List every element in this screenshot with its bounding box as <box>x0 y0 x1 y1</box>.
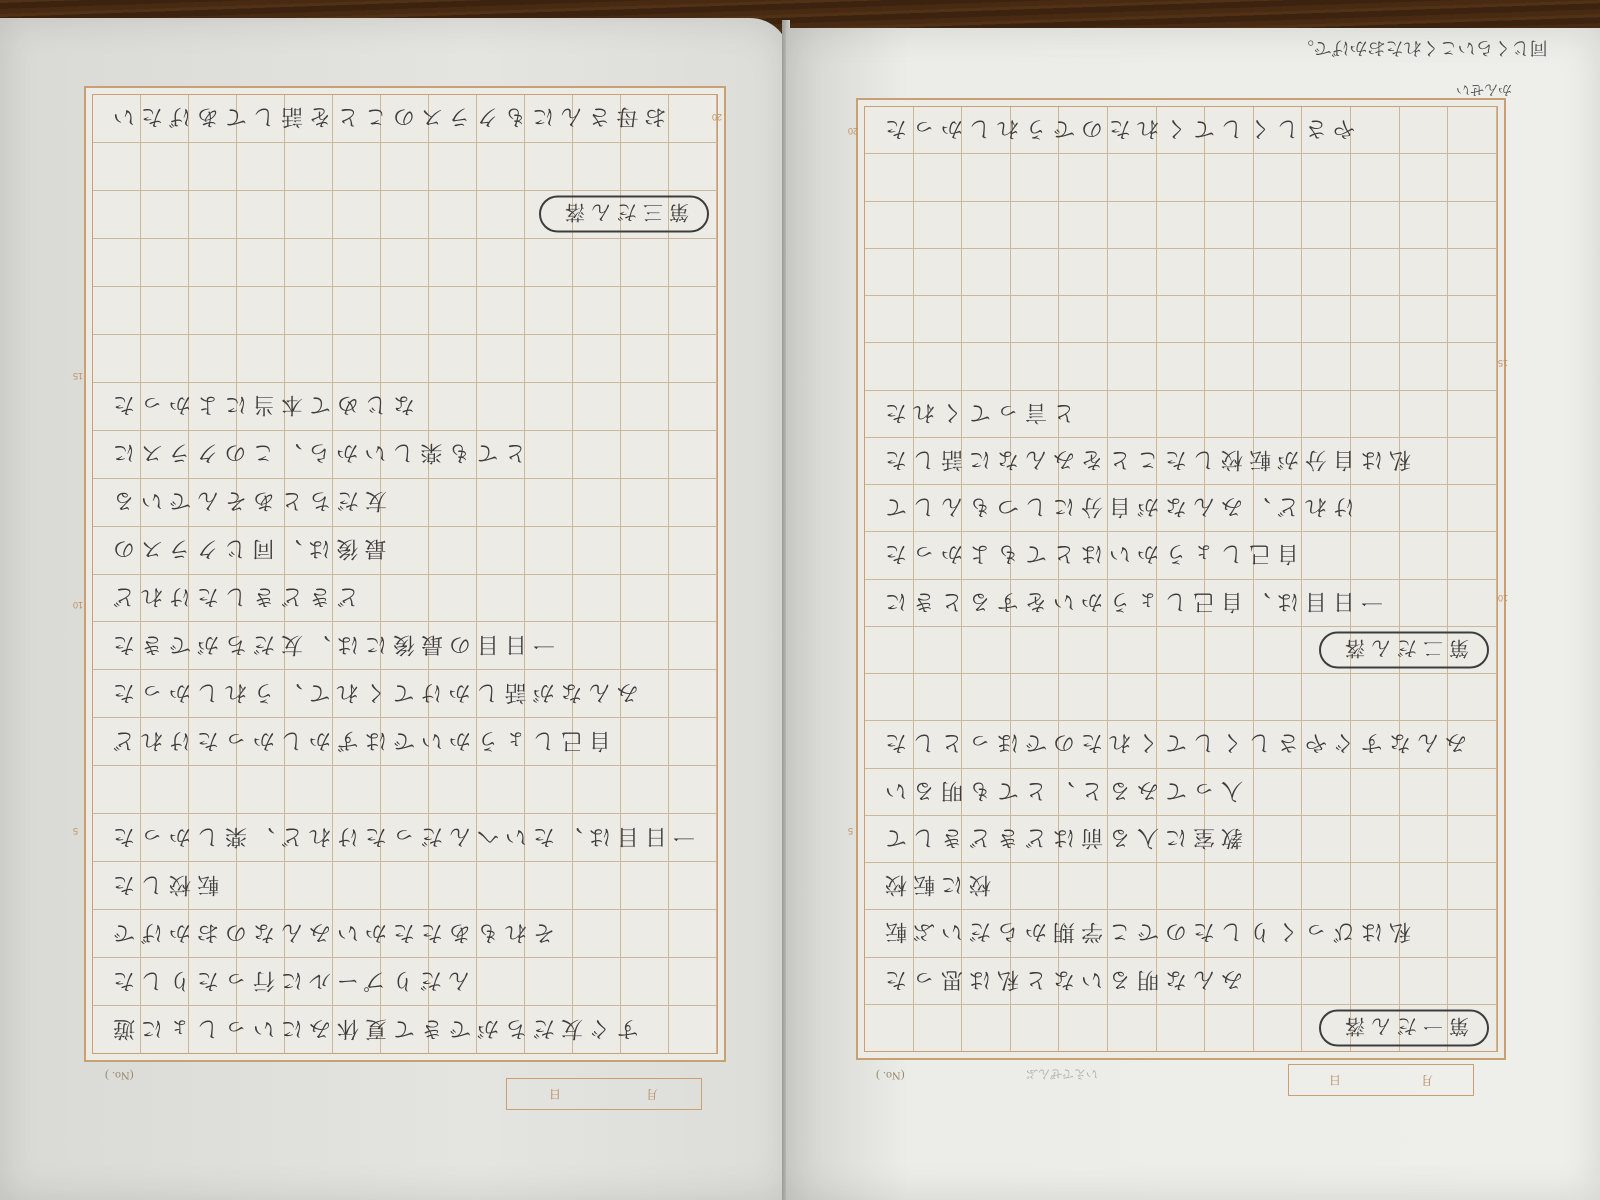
grid-cell <box>1302 154 1351 200</box>
grid-cell <box>189 335 237 382</box>
manuscript-row: みんな明るいなと私は思った <box>865 958 1497 1005</box>
manuscript-row <box>93 239 717 287</box>
grid-cell <box>237 239 285 286</box>
manuscript-row: 私はびっくりしたのでこ学期からだいぶ転 <box>865 910 1497 957</box>
grid-cell <box>1400 674 1449 720</box>
grid-cell <box>1205 627 1254 673</box>
grid-cell <box>1400 296 1449 342</box>
manuscript-row: お母さんにもクラスのことを話してあげたい <box>93 95 717 143</box>
grid-cell <box>285 287 333 334</box>
grid-cell <box>477 191 525 238</box>
grid-cell <box>669 143 717 190</box>
grid-cell <box>1108 674 1157 720</box>
manuscript-row: 一日目は、たいへんだったけれど、楽しかった <box>93 814 717 862</box>
grid-cell <box>93 766 141 813</box>
handwritten-line: お母さんにもクラスのことを話してあげたい <box>93 103 717 134</box>
grid-cell <box>962 1005 1011 1051</box>
manuscript-row: 第三だん落 <box>93 191 717 239</box>
grid-cell <box>962 249 1011 295</box>
grid-cell <box>1157 154 1206 200</box>
handwritten-line: と言ってくれた <box>865 398 1497 429</box>
grid-cell <box>1302 202 1351 248</box>
grid-cell <box>865 202 914 248</box>
handwritten-line: どきどきしたけれど <box>93 583 717 614</box>
manuscript-row <box>93 143 717 191</box>
handwritten-line: 一日目の最後には、友だちができた <box>93 630 717 661</box>
grid-cell <box>429 287 477 334</box>
manuscript-row: みんなすぐやさしくしてくれたのでほっとした <box>865 721 1497 768</box>
grid-cell <box>1011 249 1060 295</box>
grid-cell <box>525 143 573 190</box>
grid-cell <box>1108 1005 1157 1051</box>
grid-cell <box>237 287 285 334</box>
grid-cell <box>1108 154 1157 200</box>
grid-cell <box>1302 296 1351 342</box>
grid-cell <box>962 674 1011 720</box>
grid-cell <box>1302 343 1351 389</box>
grid-cell <box>1205 249 1254 295</box>
grid-cell <box>621 766 669 813</box>
grid-cell <box>1011 674 1060 720</box>
grid-cell <box>1157 249 1206 295</box>
manuscript-row: 自己しょうかいではずかしかったけれど <box>93 718 717 766</box>
left-page-grid: お母さんにもクラスのことを話してあげたい第三だん落なじめて本当によかったとても楽… <box>92 94 718 1054</box>
grid-cell <box>1254 627 1303 673</box>
grid-cell <box>141 766 189 813</box>
manuscript-row <box>865 296 1497 343</box>
manuscript-row: 一日目の最後には、友だちができた <box>93 622 717 670</box>
grid-cell <box>1448 154 1497 200</box>
grid-cell <box>1059 249 1108 295</box>
grid-cell <box>285 766 333 813</box>
grid-cell <box>381 143 429 190</box>
grid-cell <box>914 249 963 295</box>
grid-cell <box>1351 202 1400 248</box>
grid-cell <box>621 239 669 286</box>
grid-cell <box>914 154 963 200</box>
handwritten-line: みんなが話しかけてくれて、うれしかった <box>93 678 717 709</box>
grid-cell <box>237 335 285 382</box>
grid-cell <box>962 627 1011 673</box>
grid-cell <box>93 191 141 238</box>
right-page-grid-frame: やさしくしてくれたのでうれしかったと言ってくれた私は自分が転校したことをみんなに… <box>856 98 1506 1060</box>
grid-cell <box>189 191 237 238</box>
handwritten-line: 自己しょうかいはとてもよかった <box>865 540 1497 571</box>
handwritten-line: とても楽しいから、このクラスに <box>93 439 717 470</box>
grid-cell <box>1351 296 1400 342</box>
handwritten-line: けれど、みんなが自分にしつもんして <box>865 493 1497 524</box>
manuscript-row: 教室に入る前はどきどきして <box>865 816 1497 863</box>
manuscript-row: 第二だん落 <box>865 627 1497 674</box>
grid-cell <box>914 627 963 673</box>
grid-cell <box>865 627 914 673</box>
handwritten-line: それもあたたかいみんなのおかげで <box>93 918 717 949</box>
grid-cell <box>573 335 621 382</box>
grid-cell <box>1108 249 1157 295</box>
grid-cell <box>237 766 285 813</box>
manuscript-row <box>865 202 1497 249</box>
manuscript-row: 校に転校 <box>865 863 1497 910</box>
grid-cell <box>1351 674 1400 720</box>
grid-cell <box>1011 343 1060 389</box>
handwritten-line: 一日目は、たいへんだったけれど、楽しかった <box>93 822 717 853</box>
manuscript-row: やさしくしてくれたのでうれしかった <box>865 107 1497 154</box>
grid-cell <box>669 335 717 382</box>
grid-cell <box>1059 202 1108 248</box>
grid-cell <box>237 143 285 190</box>
manuscript-row <box>865 674 1497 721</box>
line-number: 10 <box>73 600 83 610</box>
grid-cell <box>1302 674 1351 720</box>
grid-cell <box>1011 296 1060 342</box>
grid-cell <box>669 766 717 813</box>
grid-cell <box>189 766 237 813</box>
grid-cell <box>141 143 189 190</box>
grid-cell <box>381 287 429 334</box>
grid-cell <box>573 766 621 813</box>
grid-cell <box>669 239 717 286</box>
line-number: 15 <box>1498 358 1508 368</box>
handwritten-line: んだりプールに行ったりした <box>93 966 717 997</box>
grid-cell <box>1448 296 1497 342</box>
grid-cell <box>1157 343 1206 389</box>
grid-cell <box>1351 249 1400 295</box>
handwritten-line: 友だちとあそんでいる <box>93 487 717 518</box>
grid-cell <box>1400 249 1449 295</box>
grid-cell <box>1157 296 1206 342</box>
grid-cell <box>914 674 963 720</box>
grid-cell <box>285 239 333 286</box>
grid-cell <box>1254 1005 1303 1051</box>
handwritten-line: 最後は、同じクラスの <box>93 535 717 566</box>
grid-cell <box>1351 154 1400 200</box>
grid-cell <box>865 1005 914 1051</box>
right-page-grid: やさしくしてくれたのでうれしかったと言ってくれた私は自分が転校したことをみんなに… <box>864 106 1498 1052</box>
grid-cell <box>914 202 963 248</box>
grid-cell <box>1254 202 1303 248</box>
teacher-note: 同じくらいこくれたおかげで。 <box>1296 36 1548 62</box>
line-number: 20 <box>712 112 722 122</box>
grid-cell <box>333 766 381 813</box>
pencil-caption: いえでぜんぶ <box>1026 1066 1098 1083</box>
grid-cell <box>1254 296 1303 342</box>
right-page: 同じくらいこくれたおかげで。 かんせい やさしくしてくれたのでうれしかったと言っ… <box>786 28 1600 1200</box>
grid-cell <box>93 239 141 286</box>
grid-cell <box>333 239 381 286</box>
line-number: 5 <box>73 826 78 836</box>
grid-cell <box>93 335 141 382</box>
grid-cell <box>962 154 1011 200</box>
page-number-label: (No. ) <box>876 1068 905 1083</box>
grid-cell <box>381 766 429 813</box>
grid-cell <box>865 674 914 720</box>
handwritten-line: なじめて本当によかった <box>93 391 717 422</box>
handwritten-line: やさしくしてくれたのでうれしかった <box>865 115 1497 146</box>
grid-cell <box>93 143 141 190</box>
grid-cell <box>429 191 477 238</box>
grid-cell <box>1011 202 1060 248</box>
grid-cell <box>1205 296 1254 342</box>
grid-cell <box>621 287 669 334</box>
grid-cell <box>1205 343 1254 389</box>
handwritten-line: 教室に入る前はどきどきして <box>865 823 1497 854</box>
line-number: 10 <box>1498 593 1508 603</box>
grid-cell <box>525 239 573 286</box>
left-page: お母さんにもクラスのことを話してあげたい第三だん落なじめて本当によかったとても楽… <box>0 18 790 1200</box>
grid-cell <box>477 143 525 190</box>
grid-cell <box>477 335 525 382</box>
manuscript-row: 友だちとあそんでいる <box>93 479 717 527</box>
grid-cell <box>962 202 1011 248</box>
grid-cell <box>525 287 573 334</box>
grid-cell <box>381 335 429 382</box>
grid-cell <box>333 143 381 190</box>
grid-cell <box>669 287 717 334</box>
day-label: 日 <box>1329 1072 1341 1089</box>
grid-cell <box>1448 202 1497 248</box>
grid-cell <box>429 766 477 813</box>
grid-cell <box>189 143 237 190</box>
grid-cell <box>1059 627 1108 673</box>
handwritten-line: 私はびっくりしたのでこ学期からだいぶ転 <box>865 918 1497 949</box>
manuscript-row: 自己しょうかいはとてもよかった <box>865 532 1497 579</box>
grid-cell <box>1011 627 1060 673</box>
handwritten-line: 転校した <box>93 870 717 901</box>
manuscript-row: 転校した <box>93 862 717 910</box>
manuscript-row: 第一だん落 <box>865 1005 1497 1051</box>
manuscript-row <box>93 766 717 814</box>
handwritten-line: みんなすぐやさしくしてくれたのでほっとした <box>865 729 1497 760</box>
grid-cell <box>141 191 189 238</box>
grid-cell <box>1108 202 1157 248</box>
handwritten-line: 自己しょうかいではずかしかったけれど <box>93 726 717 757</box>
grid-cell <box>1254 249 1303 295</box>
grid-cell <box>333 287 381 334</box>
date-box: 日 月 <box>506 1078 702 1110</box>
grid-cell <box>1059 296 1108 342</box>
grid-cell <box>1205 1005 1254 1051</box>
grid-cell <box>914 1005 963 1051</box>
grid-cell <box>1448 249 1497 295</box>
grid-cell <box>865 154 914 200</box>
grid-cell <box>1254 154 1303 200</box>
grid-cell <box>1108 296 1157 342</box>
paragraph-heading: 第一だん落 <box>1319 1009 1489 1046</box>
manuscript-row: それもあたたかいみんなのおかげで <box>93 910 717 958</box>
grid-cell <box>1157 674 1206 720</box>
line-number: 15 <box>73 371 83 381</box>
grid-cell <box>914 343 963 389</box>
grid-cell <box>573 287 621 334</box>
grid-cell <box>914 296 963 342</box>
grid-cell <box>477 287 525 334</box>
handwritten-line: 私は自分が転校したことをみんなに話した <box>865 445 1497 476</box>
grid-cell <box>93 287 141 334</box>
grid-cell <box>333 335 381 382</box>
grid-cell <box>237 191 285 238</box>
manuscript-row: 最後は、同じクラスの <box>93 527 717 575</box>
manuscript-row <box>93 335 717 383</box>
grid-cell <box>1448 674 1497 720</box>
manuscript-row: すぐ友だちができて夏休みにいっしょに遊 <box>93 1006 717 1053</box>
grid-cell <box>525 335 573 382</box>
month-label: 月 <box>646 1086 658 1103</box>
grid-cell <box>962 296 1011 342</box>
handwritten-line: すぐ友だちができて夏休みにいっしょに遊 <box>93 1014 717 1045</box>
grid-cell <box>1351 343 1400 389</box>
grid-cell <box>141 335 189 382</box>
day-label: 日 <box>549 1086 561 1103</box>
manuscript-row: 一日目は、自己しょうかいをするときに <box>865 580 1497 627</box>
grid-cell <box>865 249 914 295</box>
grid-cell <box>1254 674 1303 720</box>
grid-cell <box>1302 249 1351 295</box>
handwritten-line: みんな明るいなと私は思った <box>865 965 1497 996</box>
line-number: 5 <box>848 826 853 836</box>
grid-cell <box>1205 154 1254 200</box>
grid-cell <box>1157 627 1206 673</box>
paragraph-heading: 第二だん落 <box>1319 631 1489 668</box>
month-label: 月 <box>1421 1072 1433 1089</box>
grid-cell <box>189 287 237 334</box>
grid-cell <box>1400 154 1449 200</box>
grid-cell <box>1108 343 1157 389</box>
grid-cell <box>1205 674 1254 720</box>
line-number: 20 <box>848 126 858 136</box>
manuscript-row <box>865 343 1497 390</box>
manuscript-row: 私は自分が転校したことをみんなに話した <box>865 438 1497 485</box>
grid-cell <box>1059 154 1108 200</box>
manuscript-row: どきどきしたけれど <box>93 575 717 623</box>
grid-cell <box>1059 1005 1108 1051</box>
grid-cell <box>285 191 333 238</box>
manuscript-row: んだりプールに行ったりした <box>93 958 717 1006</box>
grid-cell <box>1157 202 1206 248</box>
grid-cell <box>381 239 429 286</box>
manuscript-row: とても楽しいから、このクラスに <box>93 431 717 479</box>
grid-cell <box>525 766 573 813</box>
grid-cell <box>333 191 381 238</box>
grid-cell <box>1157 1005 1206 1051</box>
notebook: お母さんにもクラスのことを話してあげたい第三だん落なじめて本当によかったとても楽… <box>0 0 1600 1200</box>
grid-cell <box>865 296 914 342</box>
grid-cell <box>429 335 477 382</box>
grid-cell <box>285 143 333 190</box>
grid-cell <box>141 287 189 334</box>
handwritten-line: 入ってみると、とても明るい <box>865 776 1497 807</box>
grid-cell <box>621 143 669 190</box>
grid-cell <box>1400 202 1449 248</box>
manuscript-row: なじめて本当によかった <box>93 383 717 431</box>
grid-cell <box>962 343 1011 389</box>
left-page-grid-frame: お母さんにもクラスのことを話してあげたい第三だん落なじめて本当によかったとても楽… <box>84 86 726 1062</box>
manuscript-row <box>865 249 1497 296</box>
grid-cell <box>141 239 189 286</box>
handwritten-line: 一日目は、自己しょうかいをするときに <box>865 587 1497 618</box>
manuscript-row <box>93 287 717 335</box>
grid-cell <box>477 239 525 286</box>
grid-cell <box>189 239 237 286</box>
grid-cell <box>429 143 477 190</box>
grid-cell <box>429 239 477 286</box>
grid-cell <box>1011 154 1060 200</box>
grid-cell <box>573 239 621 286</box>
manuscript-row: けれど、みんなが自分にしつもんして <box>865 485 1497 532</box>
manuscript-row <box>865 154 1497 201</box>
grid-cell <box>621 335 669 382</box>
grid-cell <box>1059 343 1108 389</box>
grid-cell <box>573 143 621 190</box>
grid-cell <box>1108 627 1157 673</box>
teacher-mark: かんせい <box>1456 80 1512 100</box>
grid-cell <box>1205 202 1254 248</box>
grid-cell <box>477 766 525 813</box>
manuscript-row: 入ってみると、とても明るい <box>865 769 1497 816</box>
date-box: 日 月 <box>1288 1064 1474 1096</box>
paragraph-heading: 第三だん落 <box>539 196 709 233</box>
grid-cell <box>1254 343 1303 389</box>
handwritten-line: 校に転校 <box>865 871 1497 902</box>
grid-cell <box>865 343 914 389</box>
page-number-label: (No. ) <box>105 1068 134 1083</box>
manuscript-row: みんなが話しかけてくれて、うれしかった <box>93 670 717 718</box>
grid-cell <box>1059 674 1108 720</box>
grid-cell <box>285 335 333 382</box>
grid-cell <box>1011 1005 1060 1051</box>
grid-cell <box>381 191 429 238</box>
grid-cell <box>1448 343 1497 389</box>
manuscript-row: と言ってくれた <box>865 391 1497 438</box>
grid-cell <box>1400 343 1449 389</box>
